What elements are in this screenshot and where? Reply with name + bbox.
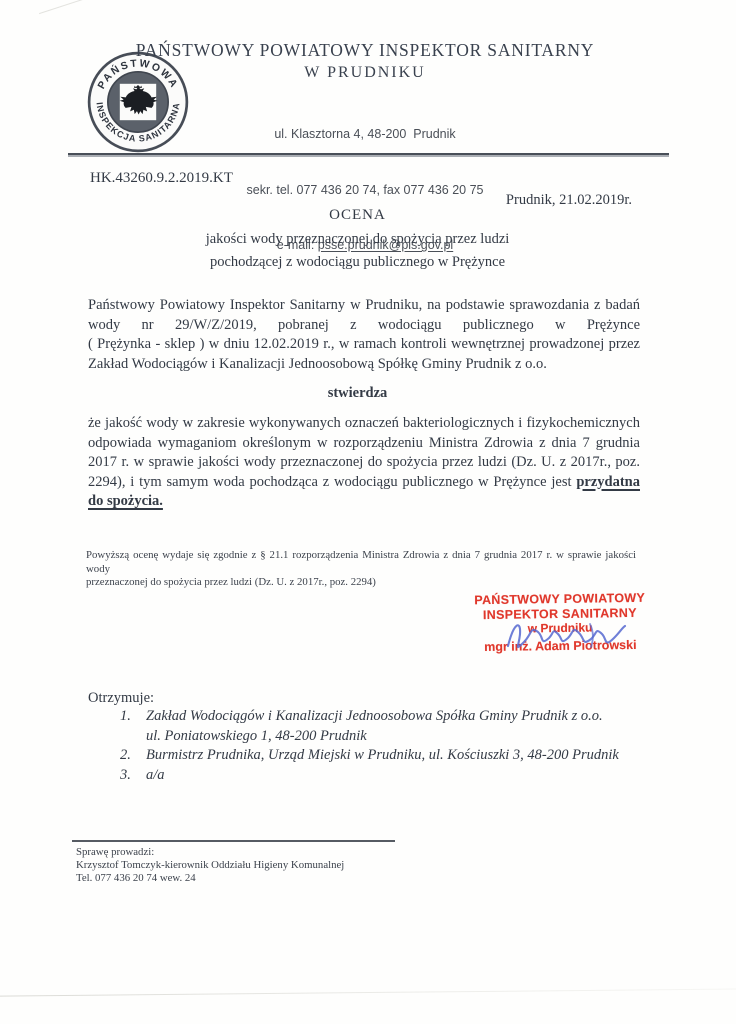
legal-note-line: Powyższą ocenę wydaje się zgodnie z § 21… xyxy=(86,549,636,576)
recipient-address-line: ul. Poniatowskiego 1, 48-200 Prudnik xyxy=(146,727,668,747)
paragraph-line: wody nr 29/W/Z/2019, pobranej z wodociąg… xyxy=(88,316,640,336)
recipient-number: 2. xyxy=(120,746,146,766)
paragraph-line: Państwowy Powiatowy Inspektor Sanitarny … xyxy=(88,296,640,316)
reference-number: HK.43260.9.2.2019.KT xyxy=(90,170,233,187)
stamp-place: w Prudniku xyxy=(470,621,650,637)
doc-subtitle-2: pochodzącej z wodociągu publicznego w Pr… xyxy=(75,254,640,271)
recipient-text: Burmistrz Prudnika, Urząd Miejski w Prud… xyxy=(146,746,619,766)
paragraph-line: odpowiada wymaganiom określonym w rozpor… xyxy=(88,434,640,454)
recipient-item: 2. Burmistrz Prudnika, Urząd Miejski w P… xyxy=(88,746,668,766)
body-paragraph-1: Państwowy Powiatowy Inspektor Sanitarny … xyxy=(88,296,640,374)
doc-title: OCENA xyxy=(75,207,640,224)
org-name-line2: W PRUDNIKU xyxy=(100,64,630,82)
recipient-item: 3. a/a xyxy=(88,766,668,786)
recipient-number: 1. xyxy=(120,707,146,727)
legal-basis-note: Powyższą ocenę wydaje się zgodnie z § 21… xyxy=(86,549,636,590)
scan-artifact-mark xyxy=(39,0,83,14)
org-address: ul. Klasztorna 4, 48-200 Prudnik xyxy=(100,125,630,144)
recipient-text: Zakład Wodociągów i Kanalizacji Jednooso… xyxy=(146,707,603,727)
paragraph-line: że jakość wody w zakresie wykonywanych o… xyxy=(88,414,640,434)
legal-note-line: przeznaczonej do spożycia przez ludzi (D… xyxy=(86,576,636,590)
recipient-number: 3. xyxy=(120,766,146,786)
paragraph-text: 2294), i tym samym woda pochodząca z wod… xyxy=(88,474,576,490)
conclusion-emphasis: do spożycia. xyxy=(88,493,163,509)
recipients-section: Otrzymuje: 1. Zakład Wodociągów i Kanali… xyxy=(88,690,668,785)
case-officer-label: Sprawę prowadzi: xyxy=(76,846,496,859)
recipients-label: Otrzymuje: xyxy=(88,690,668,707)
footer-rule xyxy=(72,840,395,842)
paragraph-line: 2017 r. w sprawie jakości wody przeznacz… xyxy=(88,453,640,473)
paragraph-line: Zakład Wodociągów i Kanalizacji Jednooso… xyxy=(88,355,640,375)
scan-artifact-line xyxy=(0,988,736,997)
paragraph-line: ( Prężynka - sklep ) w dniu 12.02.2019 r… xyxy=(88,335,640,355)
doc-subtitle-1: jakości wody przeznaczonej do spożycia p… xyxy=(75,231,640,248)
header-rule xyxy=(68,153,669,157)
paragraph-line: 2294), i tym samym woda pochodząca z wod… xyxy=(88,473,640,493)
recipient-item: 1. Zakład Wodociągów i Kanalizacji Jedno… xyxy=(88,707,668,727)
case-officer-block: Sprawę prowadzi: Krzysztof Tomczyk-kiero… xyxy=(76,846,496,884)
org-name-line1: PAŃSTWOWY POWIATOWY INSPEKTOR SANITARNY xyxy=(100,40,630,61)
recipient-text: a/a xyxy=(146,766,165,786)
case-officer-name: Krzysztof Tomczyk-kierownik Oddziału Hig… xyxy=(76,859,496,872)
stamp-signatory-name: mgr inż. Adam Piotrowski xyxy=(470,637,650,655)
scanned-document-page: PAŃSTWOWA INSPEKCJA SANITARNA PAŃSTWOWY … xyxy=(0,0,736,1024)
case-officer-phone: Tel. 077 436 20 74 wew. 24 xyxy=(76,872,496,885)
body-paragraph-2: że jakość wody w zakresie wykonywanych o… xyxy=(88,414,640,512)
document-title-block: OCENA jakości wody przeznaczonej do spoż… xyxy=(75,207,640,271)
official-stamp: PAŃSTWOWY POWIATOWY INSPEKTOR SANITARNY … xyxy=(470,591,651,655)
statement-heading: stwierdza xyxy=(75,385,640,402)
conclusion-emphasis: przydatna xyxy=(576,474,640,490)
